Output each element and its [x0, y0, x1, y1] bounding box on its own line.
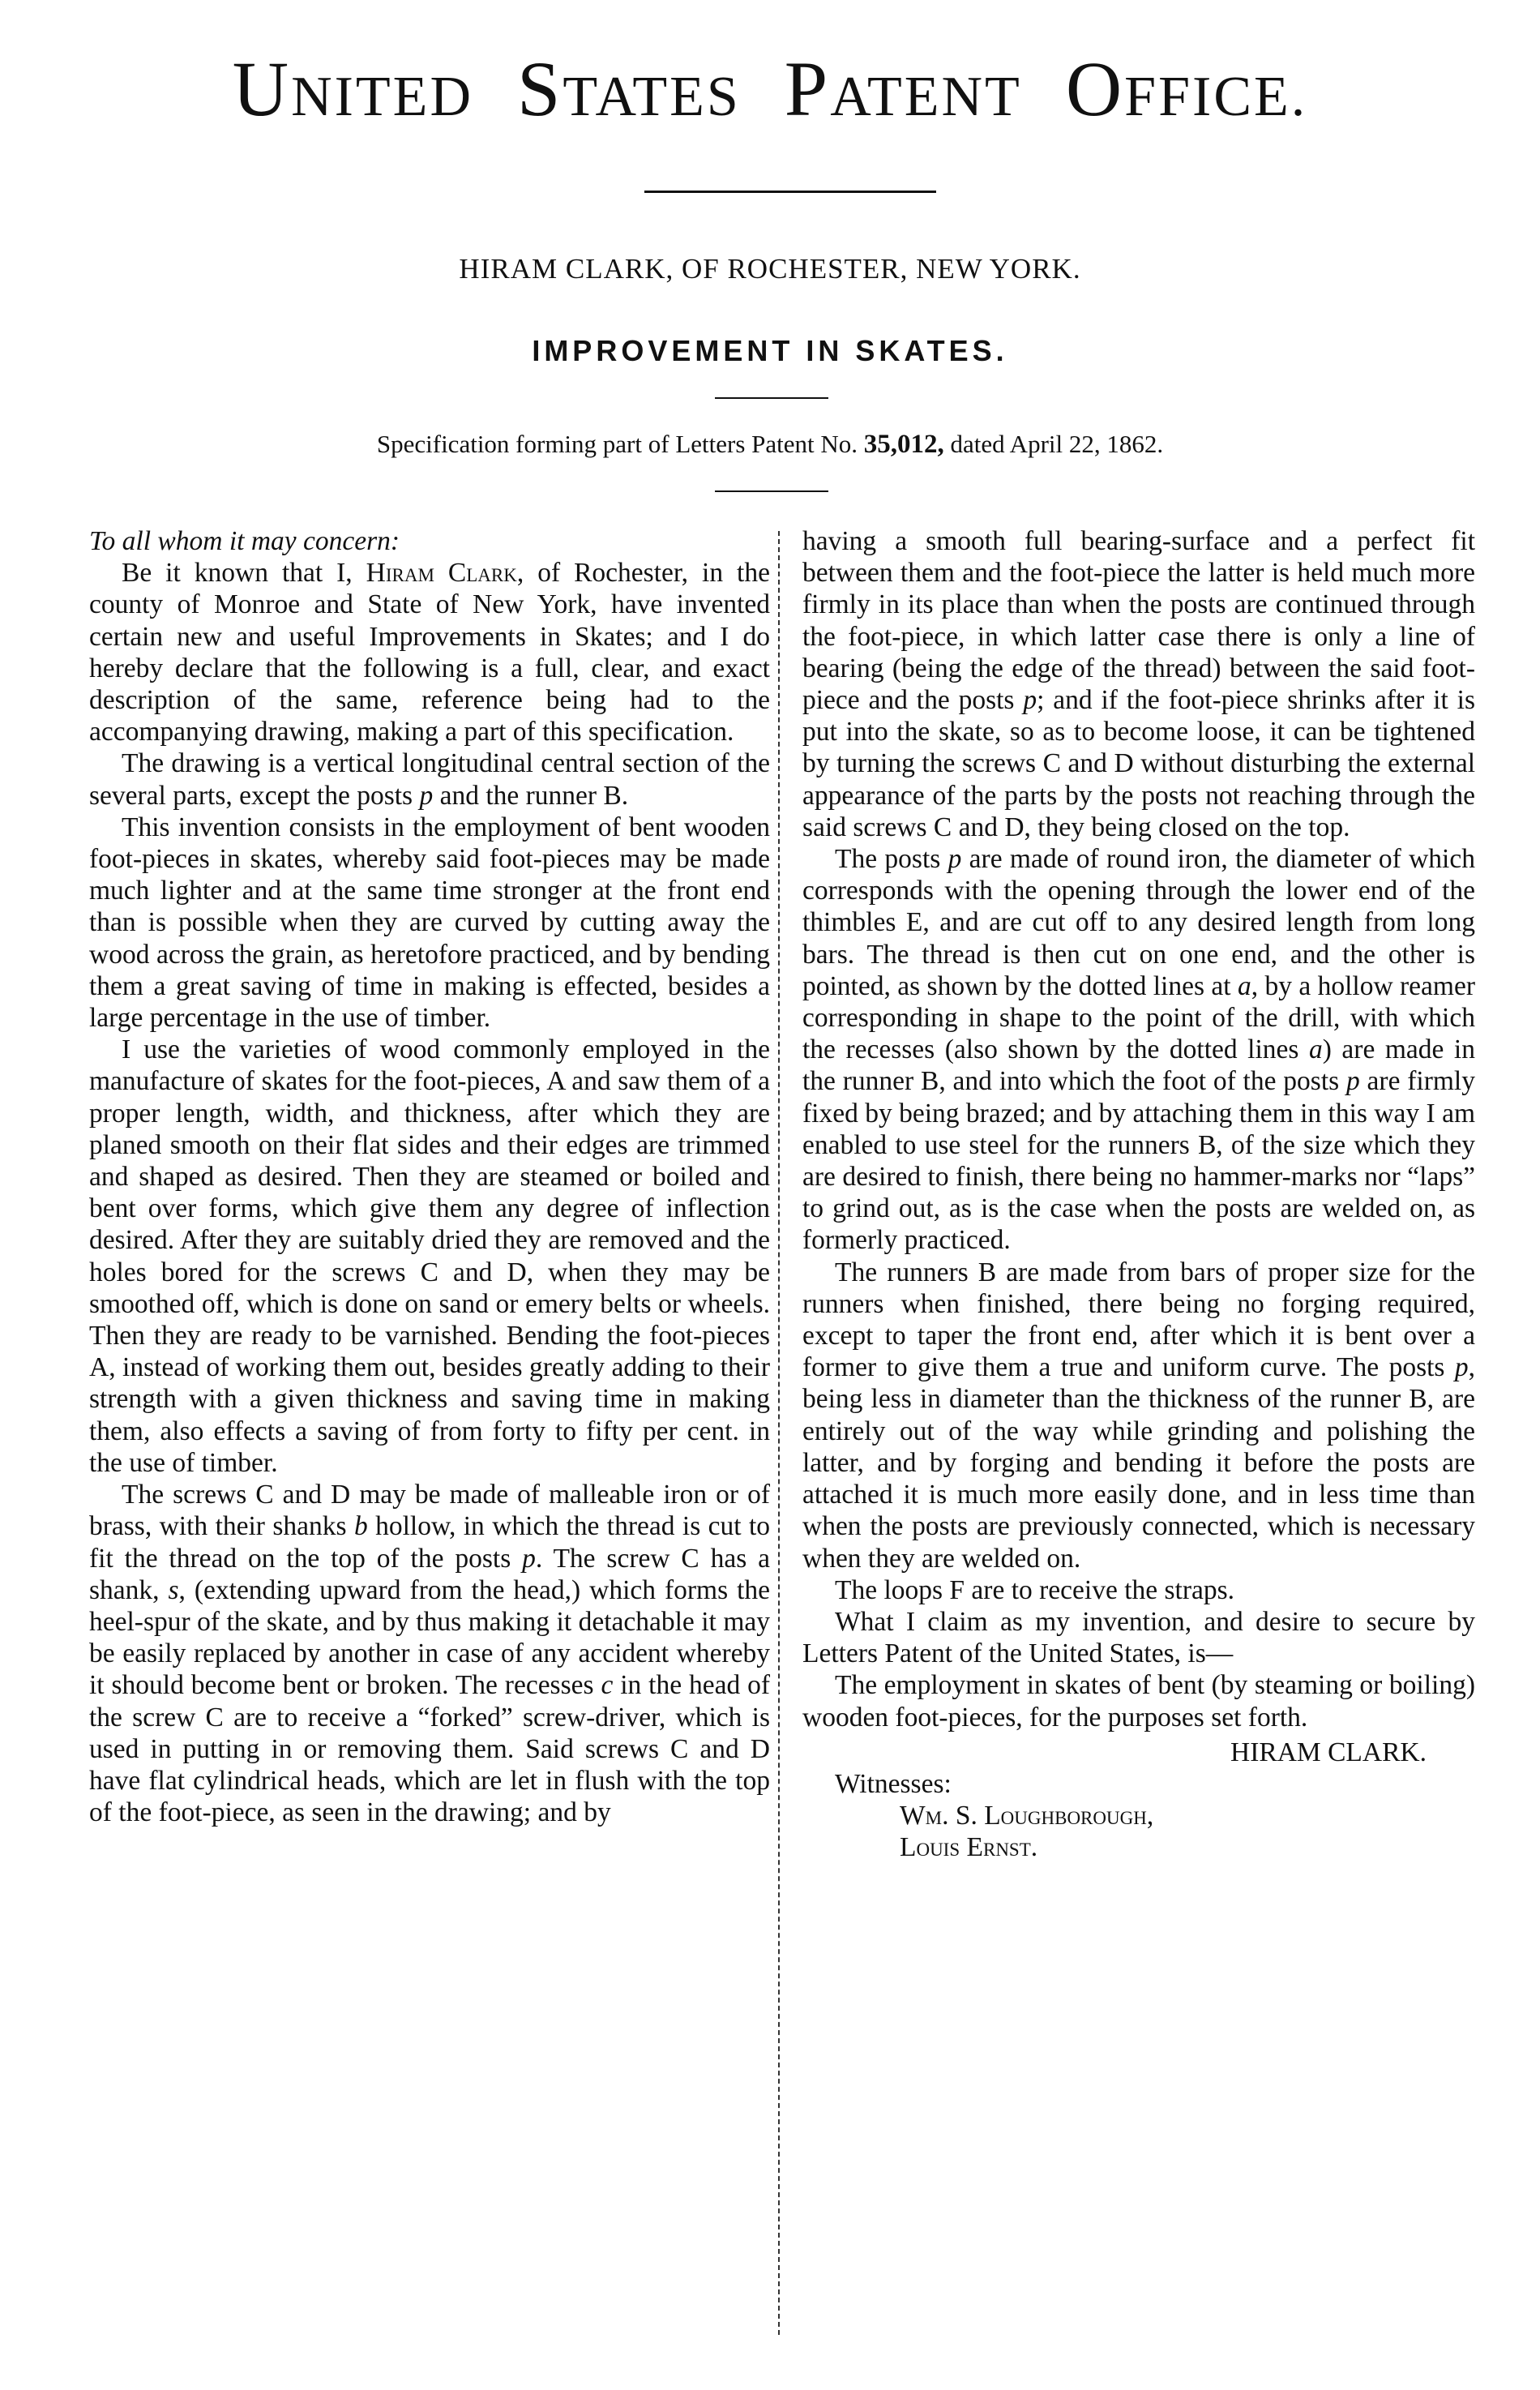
claim: The employment in skates of bent (by ste… [802, 1669, 1475, 1733]
paragraph: The posts p are made of round iron, the … [802, 843, 1475, 1257]
inventor-name: Hiram Clark [366, 558, 517, 588]
subtitle-rule [715, 397, 828, 399]
spec-prefix: Specification forming part of Letters Pa… [377, 430, 858, 458]
office-title-word: UNITED [233, 45, 473, 132]
spec-rule [715, 490, 828, 492]
right-column: having a smooth full bearing-surface and… [802, 525, 1475, 1864]
paragraph: The screws C and D may be made of mallea… [89, 1479, 770, 1828]
paragraph: The drawing is a vertical longitudinal c… [89, 747, 770, 811]
office-title: UNITED STATES PATENT OFFICE. [0, 50, 1540, 128]
title-rule [644, 191, 936, 193]
witnesses-label: Witnesses: [802, 1768, 1475, 1800]
left-column: To all whom it may concern: Be it known … [89, 525, 770, 1828]
witness-name: Louis Ernst. [802, 1831, 1475, 1863]
spec-date: dated April 22, 1862. [951, 430, 1164, 458]
paragraph: The loops F are to receive the straps. [802, 1574, 1475, 1606]
salutation: To all whom it may concern: [89, 525, 770, 557]
paragraph: having a smooth full bearing-surface and… [802, 525, 1475, 843]
claim-intro: What I claim as my invention, and desire… [802, 1606, 1475, 1669]
invention-title: IMPROVEMENT IN SKATES. [0, 334, 1540, 368]
office-title-word: STATES [517, 45, 741, 132]
inventor-line: HIRAM CLARK, OF ROCHESTER, NEW YORK. [0, 253, 1540, 285]
paragraph: The runners B are made from bars of prop… [802, 1257, 1475, 1574]
column-divider [778, 531, 780, 2335]
signature: HIRAM CLARK. [802, 1737, 1475, 1768]
patent-number: 35,012, [864, 430, 944, 459]
specification-line: Specification forming part of Letters Pa… [0, 430, 1540, 460]
paragraph: I use the varieties of wood commonly emp… [89, 1034, 770, 1479]
witness-name: Wm. S. Loughborough, [802, 1800, 1475, 1831]
office-title-word: OFFICE. [1066, 45, 1307, 132]
office-title-word: PATENT [785, 45, 1022, 132]
paragraph: Be it known that I, Hiram Clark, of Roch… [89, 557, 770, 747]
paragraph: This invention consists in the employmen… [89, 812, 770, 1034]
